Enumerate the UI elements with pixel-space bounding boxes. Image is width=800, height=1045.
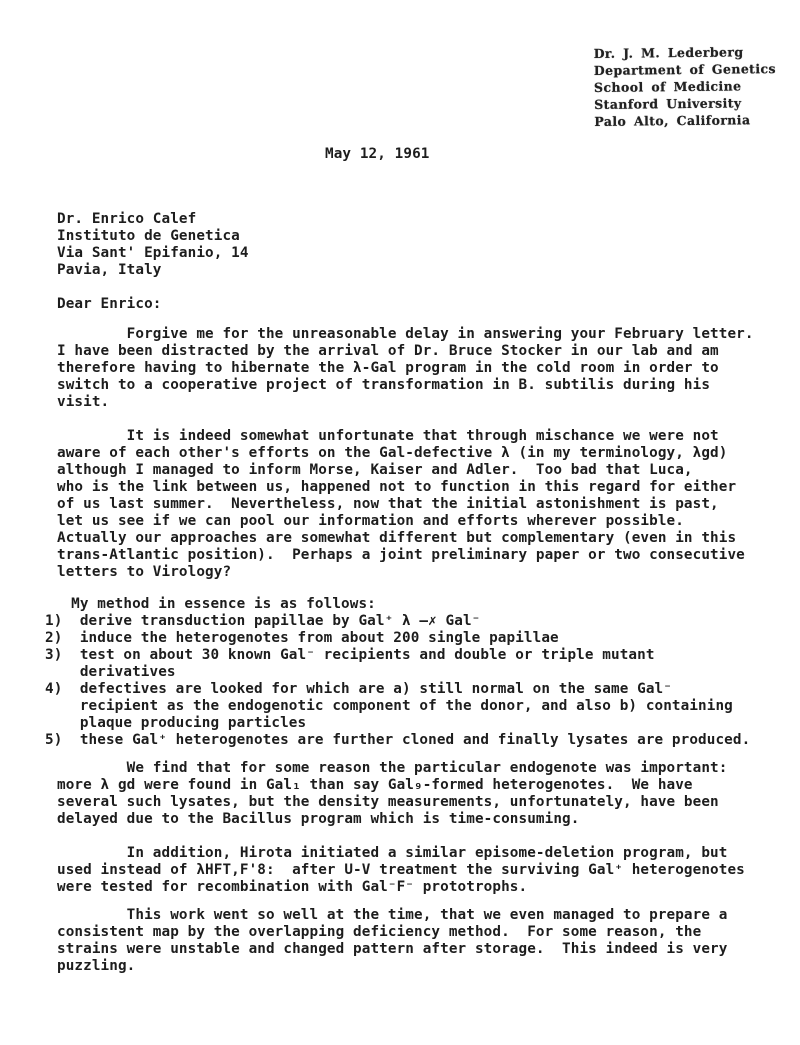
- body-paragraph-2: It is indeed somewhat unfortunate that t…: [57, 428, 745, 581]
- recipient-address: Dr. Enrico Calef Instituto de Genetica V…: [57, 211, 249, 279]
- method-numbered-list: My method in essence is as follows: 1) d…: [45, 596, 750, 749]
- body-paragraph-1: Forgive me for the unreasonable delay in…: [57, 326, 754, 411]
- salutation: Dear Enrico:: [57, 296, 162, 313]
- letter-page: Dr. J. M. Lederberg Department of Geneti…: [0, 0, 800, 1045]
- body-paragraph-3: We find that for some reason the particu…: [57, 760, 727, 828]
- body-paragraph-4: In addition, Hirota initiated a similar …: [57, 845, 745, 896]
- letterhead-stamp: Dr. J. M. Lederberg Department of Geneti…: [594, 43, 777, 130]
- body-paragraph-5: This work went so well at the time, that…: [57, 907, 727, 975]
- date-line: May 12, 1961: [325, 146, 430, 163]
